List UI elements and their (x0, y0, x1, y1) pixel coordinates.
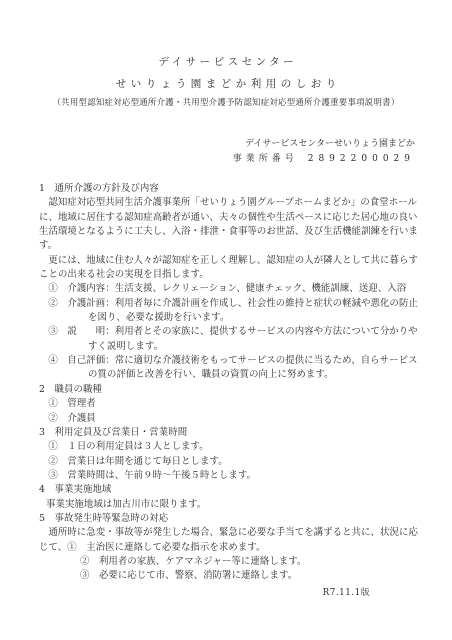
office-number-value: 2892200029 (308, 154, 415, 164)
list-item-2: ② 営業日は年間を通じて毎日とします。 (48, 455, 422, 469)
document-page: デイサービスセンター せいりょう園まどか利用のしおり （共用型認知症対応型通所介… (0, 0, 452, 640)
list-item-3: ③ 営業時間は、午前９時～午後５時とします。 (48, 469, 422, 483)
document-title-line1: デイサービスセンター (0, 56, 452, 69)
document-subtitle: （共用型認知症対応型通所介護・共用型介護予防認知症対応型通所介護重要事項説明書） (0, 97, 452, 108)
document-title-line2: せいりょう園まどか利用のしおり (0, 78, 452, 91)
document-header: デイサービスセンター せいりょう園まどか利用のしおり （共用型認知症対応型通所介… (0, 0, 452, 108)
body-line: 認知症対応型共同生活介護事業所「せいりょう園グループホームまどか」の食堂ホール (48, 196, 422, 210)
body-line: 事業実施地域は加古川市に限ります。 (46, 498, 422, 512)
body-line: 更には、地域に住む人々が認知症を正しく理解し、認知症の人が隣人として共に暮らす (48, 254, 422, 268)
section-5-heading: 5 事故発生時等緊急時の対応 (39, 512, 422, 526)
body-line: の質の評価と改善を行い、職員の資質の向上に努めます。 (88, 368, 422, 382)
office-name: デイサービスセンターせいりょう園まどか (0, 138, 415, 151)
list-item-2: ② 利用者の家族、ケアマネジャー等に連絡します。 (80, 555, 422, 569)
version-stamp: R7.11.1版 (323, 585, 370, 598)
list-item-1: じて、① 主治医に連絡して必要な指示を求めます。 (39, 541, 422, 555)
list-item-3: ③ 必要に応じて市、警察、消防署に連絡します。 (80, 569, 422, 583)
list-item-4: ④ 自己評価：常に適切な介護技術をもってサービスの提供に当るため、自らサービス (48, 354, 422, 368)
document-body: 1 通所介護の方針及び内容 認知症対応型共同生活介護事業所「せいりょう園グループ… (0, 182, 452, 584)
list-item-1: ① 管理者 (48, 397, 422, 411)
list-item-3: ③ 説 明：利用者とその家族に、提供するサービスの内容や方法について分かりや (48, 325, 422, 339)
body-line: すく説明します。 (88, 340, 422, 354)
list-item-2: ② 介護計画：利用者毎に介護計画を作成し、社会性の維持と症状の軽減や悪化の防止 (48, 297, 422, 311)
section-4-heading: 4 事業実施地域 (39, 483, 422, 497)
body-line: に、地域に居住する認知症高齢者が通い、夫々の個性や生活ペースに応じた居心地の良い (39, 211, 422, 225)
body-line: 通所時に急変・事故等が発生した場合、緊急に必要な手当てを講ずると共に、状況に応 (48, 526, 422, 540)
office-number-label: 事業所番号 (233, 154, 298, 164)
list-item-2: ② 介護員 (48, 412, 422, 426)
body-line: 生活環境となるように工夫し、入浴・排泄・食事等のお世話、及び生活機能訓練を行いま (39, 225, 422, 239)
body-line: ことの出来る社会の実現を目指します。 (39, 268, 422, 282)
body-line: す。 (39, 239, 422, 253)
list-item-1: ① １日の利用定員は３人とします。 (48, 440, 422, 454)
section-2-heading: 2 職員の職種 (39, 383, 422, 397)
list-item-1: ① 介護内容：生活支援、レクリェーション、健康チェック、機能訓練、送迎、入浴 (48, 282, 422, 296)
office-info-block: デイサービスセンターせいりょう園まどか 事業所番号2892200029 (0, 138, 452, 166)
body-line: を図り、必要な援助を行います。 (88, 311, 422, 325)
section-3-heading: 3 利用定員及び営業日・営業時間 (39, 426, 422, 440)
office-number-line: 事業所番号2892200029 (0, 153, 415, 166)
section-1-heading: 1 通所介護の方針及び内容 (39, 182, 422, 196)
